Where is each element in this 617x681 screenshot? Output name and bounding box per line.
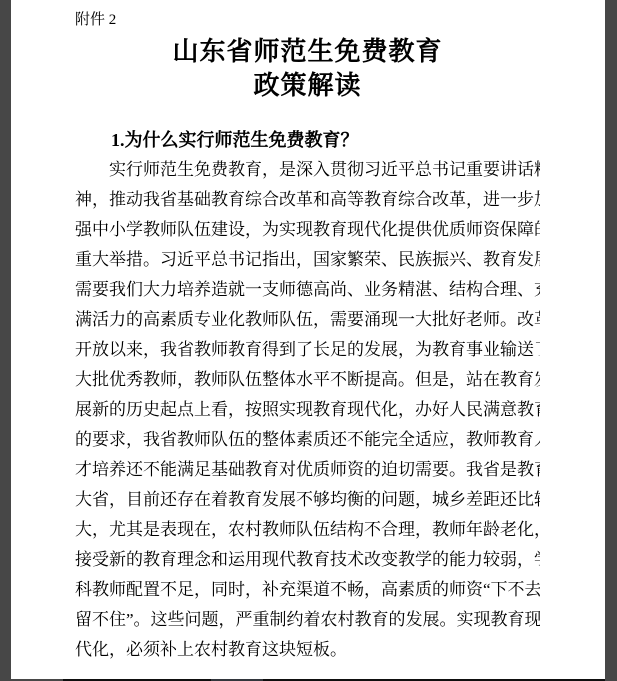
- paragraph-line: 代化，必须补上农村教育这块短板。: [75, 635, 540, 665]
- viewer-gutter-right: [605, 0, 617, 681]
- paragraph-line: 满活力的高素质专业化教师队伍，需要涌现一大批好老师。改革: [75, 305, 540, 335]
- paragraph-line: 实行师范生免费教育，是深入贯彻习近平总书记重要讲话精: [75, 155, 540, 185]
- paragraph-line: 大省，目前还存在着教育发展不够均衡的问题，城乡差距还比较: [75, 485, 540, 515]
- paragraph-line: 大批优秀教师，教师队伍整体水平不断提高。但是，站在教育发: [75, 365, 540, 395]
- document-title-line-2: 政策解读: [75, 68, 540, 102]
- paragraph-line: 神，推动我省基础教育综合改革和高等教育综合改革，进一步加: [75, 185, 540, 215]
- paragraph-line: 开放以来，我省教师教育得到了长足的发展，为教育事业输送了: [75, 335, 540, 365]
- paragraph-line: 重大举措。习近平总书记指出，国家繁荣、民族振兴、教育发展，: [75, 245, 540, 275]
- document-page: 附件 2 山东省师范生免费教育 政策解读 1.为什么实行师范生免费教育？ 实行师…: [11, 0, 605, 679]
- paragraph-line: 展新的历史起点上看，按照实现教育现代化，办好人民满意教育: [75, 395, 540, 425]
- attachment-label: 附件 2: [75, 10, 540, 30]
- viewer-background: { "viewer": { "background_color": "#4747…: [0, 0, 617, 681]
- paragraph-line: 才培养还不能满足基础教育对优质师资的迫切需要。我省是教育: [75, 455, 540, 485]
- paragraph-line: 需要我们大力培养造就一支师德高尚、业务精湛、结构合理、充: [75, 275, 540, 305]
- paragraph-line: 接受新的教育理念和运用现代教育技术改变教学的能力较弱，学: [75, 545, 540, 575]
- paragraph-line: 科教师配置不足，同时，补充渠道不畅，高素质的师资“下不去、: [75, 575, 540, 605]
- paragraph-line: 留不住”。这些问题，严重制约着农村教育的发展。实现教育现: [75, 605, 540, 635]
- paragraph-line: 的要求，我省教师队伍的整体素质还不能完全适应，教师教育人: [75, 425, 540, 455]
- paragraph: 实行师范生免费教育，是深入贯彻习近平总书记重要讲话精 神，推动我省基础教育综合改…: [75, 155, 540, 665]
- paragraph-line: 大，尤其是表现在，农村教师队伍结构不合理，教师年龄老化，: [75, 515, 540, 545]
- paragraph-line: 强中小学教师队伍建设，为实现教育现代化提供优质师资保障的: [75, 215, 540, 245]
- document-title-line-1: 山东省师范生免费教育: [75, 34, 540, 68]
- section-heading: 1.为什么实行师范生免费教育？: [75, 125, 540, 155]
- viewer-gutter-left: [0, 0, 11, 681]
- document-title: 山东省师范生免费教育 政策解读: [75, 34, 540, 102]
